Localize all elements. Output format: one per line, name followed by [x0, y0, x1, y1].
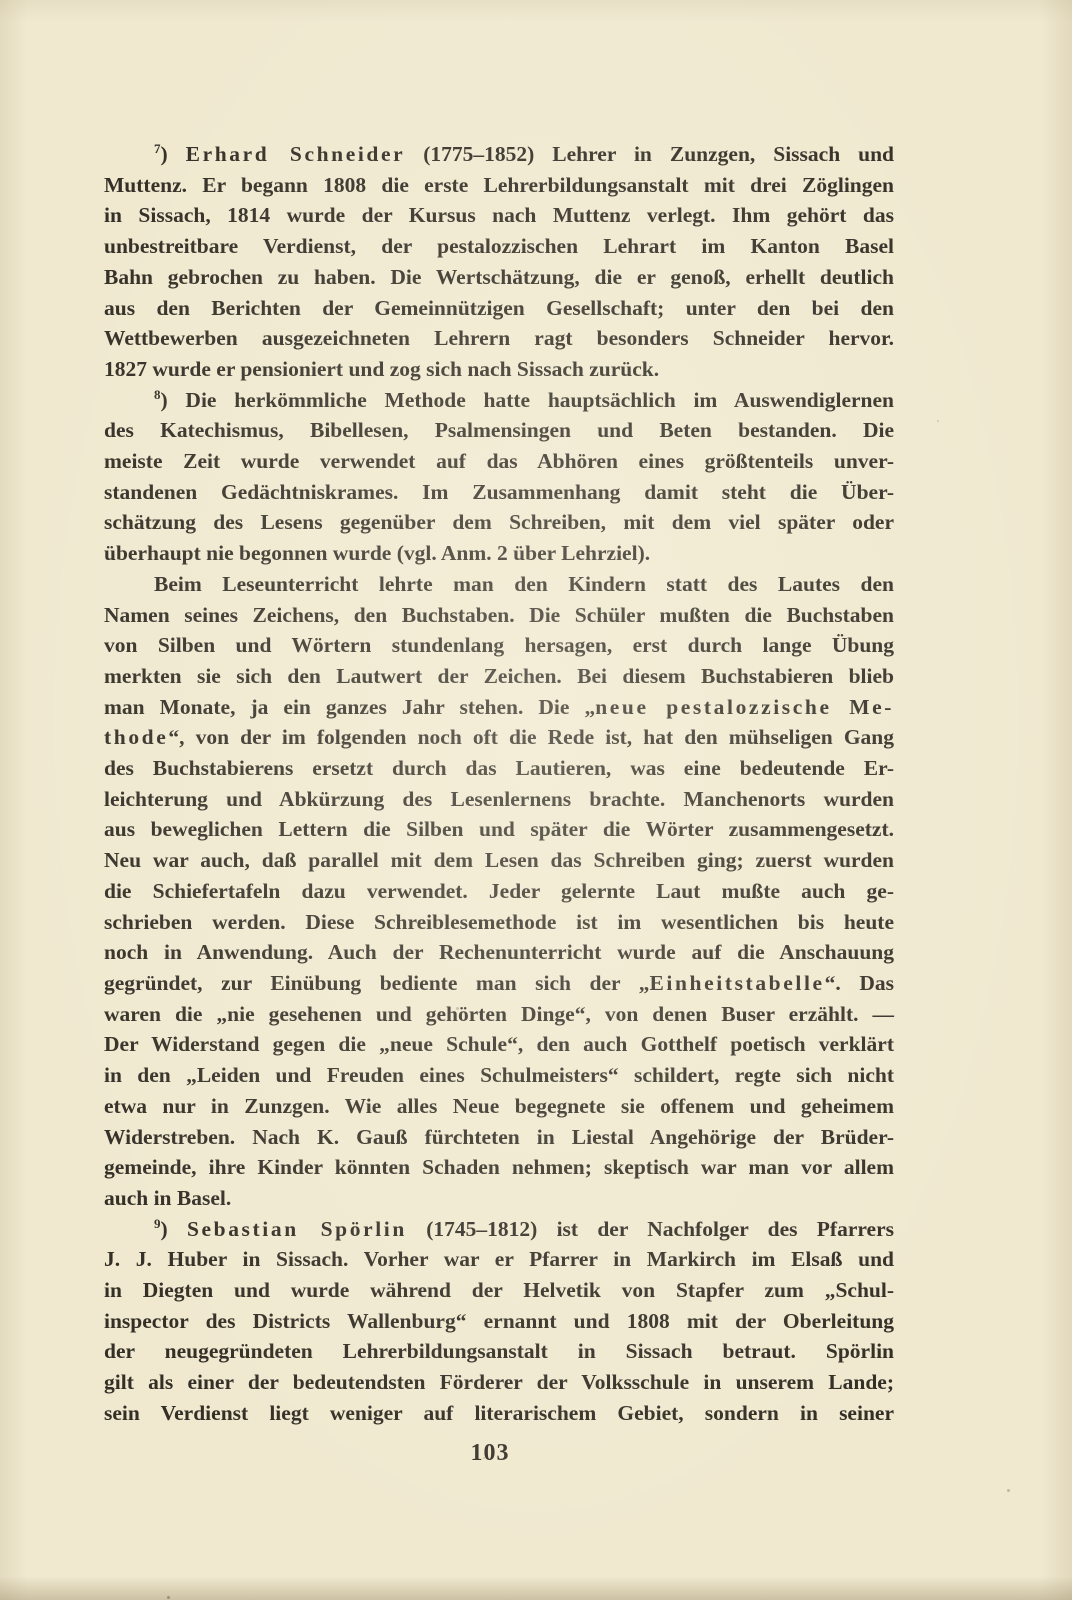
- text-segment: etwa nur in Zunzgen. Wie alles Neue bege…: [104, 1094, 894, 1118]
- text-segment: (1745–1812) ist der Nachfolger des Pfarr…: [407, 1217, 894, 1241]
- body-paragraph-line-3: von Silben und Wörtern stundenlang hersa…: [104, 630, 894, 661]
- text-segment: unbestreitbare Verdienst, der pestalozzi…: [104, 234, 894, 258]
- text-segment: (1775–1852) Lehrer in Zunzgen, Sissach u…: [405, 142, 894, 166]
- text-segment: in den „Leiden und Freuden eines Schulme…: [104, 1063, 894, 1087]
- footnote-8-line-4: standenen Gedächtniskrames. Im Zusammenh…: [104, 477, 894, 508]
- text-segment: die Schiefertafeln dazu verwendet. Jeder…: [104, 879, 894, 903]
- text-segment: “, von der im folgenden noch oft die Red…: [168, 725, 894, 749]
- text-segment: ): [161, 1217, 187, 1241]
- text-segment: der neugegründeten Lehrerbildungsanstalt…: [104, 1339, 894, 1363]
- body-paragraph-line-19: Widerstreben. Nach K. Gauß fürchteten in…: [104, 1122, 894, 1153]
- text-segment: in Diegten und wurde während der Helveti…: [104, 1278, 894, 1302]
- body-paragraph-line-17: in den „Leiden und Freuden eines Schulme…: [104, 1060, 894, 1091]
- text-segment: merkten sie sich den Lautwert der Zeiche…: [104, 664, 894, 688]
- text-block: 7) Erhard Schneider (1775–1852) Lehrer i…: [104, 139, 894, 1429]
- text-segment: schrieben werden. Diese Schreiblesemetho…: [104, 910, 894, 934]
- body-paragraph-line-9: aus beweglichen Lettern die Silben und s…: [104, 814, 894, 845]
- text-segment: Namen seines Zeichens, den Buchstaben. D…: [104, 603, 894, 627]
- footnote-7-line-8: 1827 wurde er pensioniert und zog sich n…: [104, 354, 894, 385]
- emphasized-text: neue pestalozzische Me-: [595, 695, 894, 719]
- footnote-9-line-6: gilt als einer der bedeutendsten Fördere…: [104, 1367, 894, 1398]
- text-segment: überhaupt nie begonnen wurde (vgl. Anm. …: [104, 541, 650, 565]
- body-paragraph-line-21: auch in Basel.: [104, 1183, 894, 1214]
- book-page: 7) Erhard Schneider (1775–1852) Lehrer i…: [0, 0, 1072, 1600]
- text-segment: leichterung und Abkürzung des Lesenlerne…: [104, 787, 894, 811]
- emphasized-text: Sebastian Spörlin: [187, 1217, 407, 1241]
- footnote-8-line-6: überhaupt nie begonnen wurde (vgl. Anm. …: [104, 538, 894, 569]
- text-segment: schätzung des Lesens gegenüber dem Schre…: [104, 510, 894, 534]
- footnote-7-line-2: Muttenz. Er begann 1808 die erste Lehrer…: [104, 170, 894, 201]
- body-paragraph-line-18: etwa nur in Zunzgen. Wie alles Neue bege…: [104, 1091, 894, 1122]
- body-paragraph-line-5: man Monate, ja ein ganzes Jahr stehen. D…: [104, 692, 894, 723]
- paper-speck: [937, 420, 939, 422]
- text-segment: Bahn gebrochen zu haben. Die Wertschätzu…: [104, 265, 894, 289]
- text-segment: gemeinde, ihre Kinder könnten Schaden ne…: [104, 1155, 894, 1179]
- text-segment: aus beweglichen Lettern die Silben und s…: [104, 817, 894, 841]
- body-paragraph-line-1: Beim Leseunterricht lehrte man den Kinde…: [104, 569, 894, 600]
- body-paragraph-line-7: des Buchstabierens ersetzt durch das Lau…: [104, 753, 894, 784]
- footnote-7-line-1: 7) Erhard Schneider (1775–1852) Lehrer i…: [104, 139, 894, 170]
- body-paragraph-line-12: schrieben werden. Diese Schreiblesemetho…: [104, 907, 894, 938]
- text-segment: noch in Anwendung. Auch der Rechenunterr…: [104, 940, 894, 964]
- text-segment: standenen Gedächtniskrames. Im Zusammenh…: [104, 480, 894, 504]
- text-segment: ) Die herkömmliche Methode hatte hauptsä…: [161, 388, 895, 412]
- paper-speck: [1007, 1489, 1010, 1492]
- emphasized-text: Erhard Schneider: [186, 142, 406, 166]
- footnote-9-line-4: inspector des Districts Wallenburg“ erna…: [104, 1306, 894, 1337]
- footnote-7-line-6: aus den Berichten der Gemeinnützigen Ges…: [104, 293, 894, 324]
- text-segment: von Silben und Wörtern stundenlang hersa…: [104, 633, 894, 657]
- text-segment: gilt als einer der bedeutendsten Fördere…: [104, 1370, 894, 1394]
- footnote-9-line-2: J. J. Huber in Sissach. Vorher war er Pf…: [104, 1244, 894, 1275]
- body-paragraph-line-15: waren die „nie gesehenen und gehörten Di…: [104, 999, 894, 1030]
- text-segment: gegründet, zur Einübung bediente man sic…: [104, 971, 649, 995]
- text-segment: Der Widerstand gegen die „neue Schule“, …: [104, 1032, 894, 1056]
- footnote-9-line-5: der neugegründeten Lehrerbildungsanstalt…: [104, 1336, 894, 1367]
- text-segment: Widerstreben. Nach K. Gauß fürchteten in…: [104, 1125, 894, 1149]
- emphasized-text: thode: [104, 725, 168, 749]
- body-paragraph-line-13: noch in Anwendung. Auch der Rechenunterr…: [104, 937, 894, 968]
- body-paragraph-line-4: merkten sie sich den Lautwert der Zeiche…: [104, 661, 894, 692]
- text-segment: man Monate, ja ein ganzes Jahr stehen. D…: [104, 695, 595, 719]
- body-paragraph-line-6: thode“, von der im folgenden noch oft di…: [104, 722, 894, 753]
- body-paragraph-line-20: gemeinde, ihre Kinder könnten Schaden ne…: [104, 1152, 894, 1183]
- footnote-8-line-1: 8) Die herkömmliche Methode hatte haupts…: [104, 385, 894, 416]
- text-segment: ): [161, 142, 186, 166]
- text-segment: sein Verdienst liegt weniger auf literar…: [104, 1401, 894, 1425]
- text-segment: inspector des Districts Wallenburg“ erna…: [104, 1309, 894, 1333]
- body-paragraph-line-16: Der Widerstand gegen die „neue Schule“, …: [104, 1029, 894, 1060]
- body-paragraph-line-8: leichterung und Abkürzung des Lesenlerne…: [104, 784, 894, 815]
- text-segment: Muttenz. Er begann 1808 die erste Lehrer…: [104, 173, 894, 197]
- text-segment: “. Das: [825, 971, 894, 995]
- body-paragraph-line-10: Neu war auch, daß parallel mit dem Lesen…: [104, 845, 894, 876]
- footnote-9-line-3: in Diegten und wurde während der Helveti…: [104, 1275, 894, 1306]
- text-segment: auch in Basel.: [104, 1186, 231, 1210]
- text-segment: J. J. Huber in Sissach. Vorher war er Pf…: [104, 1247, 894, 1271]
- text-segment: des Katechismus, Bibellesen, Psalmensing…: [104, 418, 894, 442]
- text-segment: in Sissach, 1814 wurde der Kursus nach M…: [104, 203, 894, 227]
- text-segment: aus den Berichten der Gemeinnützigen Ges…: [104, 296, 894, 320]
- footnote-7-line-7: Wettbewerben ausgezeichneten Lehrern rag…: [104, 323, 894, 354]
- paper-speck: [167, 1596, 170, 1599]
- footnote-7-line-5: Bahn gebrochen zu haben. Die Wertschätzu…: [104, 262, 894, 293]
- body-paragraph-line-2: Namen seines Zeichens, den Buchstaben. D…: [104, 600, 894, 631]
- text-segment: des Buchstabierens ersetzt durch das Lau…: [104, 756, 894, 780]
- footnote-8-line-3: meiste Zeit wurde verwendet auf das Abhö…: [104, 446, 894, 477]
- footnote-7-line-4: unbestreitbare Verdienst, der pestalozzi…: [104, 231, 894, 262]
- footnote-8-line-5: schätzung des Lesens gegenüber dem Schre…: [104, 507, 894, 538]
- text-segment: Neu war auch, daß parallel mit dem Lesen…: [104, 848, 894, 872]
- footnote-7-line-3: in Sissach, 1814 wurde der Kursus nach M…: [104, 200, 894, 231]
- body-paragraph-line-14: gegründet, zur Einübung bediente man sic…: [104, 968, 894, 999]
- page-number: 103: [104, 1440, 876, 1467]
- footnote-9-line-1: 9) Sebastian Spörlin (1745–1812) ist der…: [104, 1214, 894, 1245]
- text-segment: meiste Zeit wurde verwendet auf das Abhö…: [104, 449, 894, 473]
- footnote-8-line-2: des Katechismus, Bibellesen, Psalmensing…: [104, 415, 894, 446]
- body-paragraph-line-11: die Schiefertafeln dazu verwendet. Jeder…: [104, 876, 894, 907]
- text-segment: 1827 wurde er pensioniert und zog sich n…: [104, 357, 659, 381]
- text-segment: Beim Leseunterricht lehrte man den Kinde…: [154, 572, 894, 596]
- footnote-9-line-7: sein Verdienst liegt weniger auf literar…: [104, 1398, 894, 1429]
- emphasized-text: Einheitstabelle: [649, 971, 824, 995]
- text-segment: waren die „nie gesehenen und gehörten Di…: [104, 1002, 894, 1026]
- text-segment: Wettbewerben ausgezeichneten Lehrern rag…: [104, 326, 894, 350]
